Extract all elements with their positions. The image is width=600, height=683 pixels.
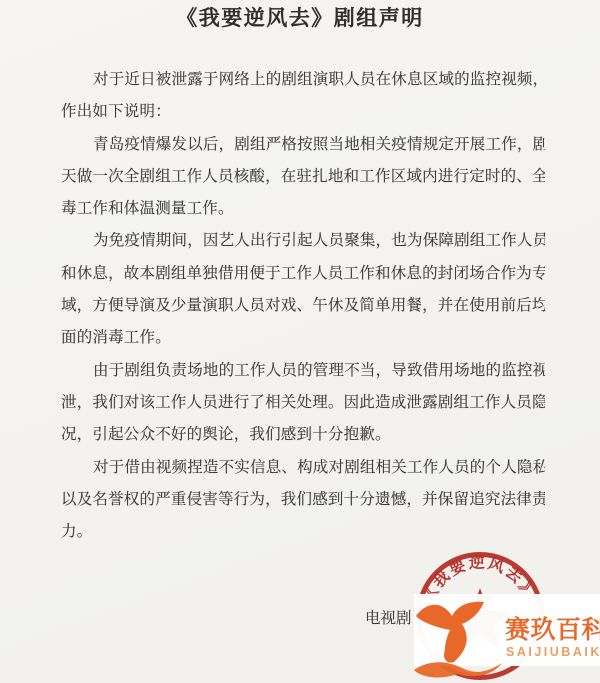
page-title: 《我要逆风去》剧组声明 bbox=[0, 2, 600, 32]
text-line: 对于近日被泄露于网络上的剧组演职人员在休息区域的监控视频，本剧组 bbox=[61, 64, 545, 96]
document-body: 对于近日被泄露于网络上的剧组演职人员在休息区域的监控视频，本剧组作出如下说明：青… bbox=[61, 64, 545, 548]
text-line: 泄，我们对该工作人员进行了相关处理。因此造成泄露剧组工作人员隐私的情 bbox=[61, 387, 545, 419]
text-line: 为免疫情期间，因艺人出行引起人员聚集，也为保障剧组工作人员的工作 bbox=[61, 225, 545, 257]
text-line: 由于剧组负责场地的工作人员的管理不当，导致借用场地的监控视频外 bbox=[61, 355, 545, 387]
paragraph: 由于剧组负责场地的工作人员的管理不当，导致借用场地的监控视频外泄，我们对该工作人… bbox=[61, 355, 545, 452]
text-line: 天做一次全剧组工作人员核酸，在驻扎地和工作区域内进行定时的、全面的消 bbox=[61, 161, 545, 193]
signature-prefix: 电视剧 bbox=[365, 606, 412, 628]
text-line: 以及名誉权的严重侵害等行为，我们感到十分遗憾，并保留追究法律责任的权 bbox=[61, 484, 545, 516]
paragraph: 对于近日被泄露于网络上的剧组演职人员在休息区域的监控视频，本剧组作出如下说明： bbox=[61, 64, 545, 129]
text-line: 对于借由视频捏造不实信息、构成对剧组相关工作人员的个人隐私的泄露 bbox=[61, 452, 545, 484]
scanned-statement-page: 《我要逆风去》剧组声明 对于近日被泄露于网络上的剧组演职人员在休息区域的监控视频… bbox=[0, 0, 600, 683]
text-line: 面的消毒工作。 bbox=[61, 322, 545, 354]
text-line: 域，方便导演及少量演职人员对戏、午休及简单用餐，并在使用前后均进行全 bbox=[61, 290, 545, 322]
paragraph: 青岛疫情爆发以后，剧组严格按照当地相关疫情规定开展工作，剧组每三天做一次全剧组工… bbox=[61, 129, 545, 226]
paragraph: 为免疫情期间，因艺人出行引起人员聚集，也为保障剧组工作人员的工作和休息，故本剧组… bbox=[61, 225, 545, 354]
whale-tail-icon bbox=[412, 598, 508, 680]
text-line: 力。 bbox=[61, 516, 545, 548]
watermark-name-en: SAIJIUBAIKE bbox=[506, 645, 600, 659]
text-line: 和休息，故本剧组单独借用便于工作人员工作和休息的封闭场合作为专用区 bbox=[61, 258, 545, 290]
watermark-name-cn: 赛玖百科 bbox=[505, 610, 600, 646]
paragraph: 对于借由视频捏造不实信息、构成对剧组相关工作人员的个人隐私的泄露以及名誉权的严重… bbox=[61, 452, 545, 549]
text-line: 毒工作和体温测量工作。 bbox=[61, 193, 545, 225]
text-line: 青岛疫情爆发以后，剧组严格按照当地相关疫情规定开展工作，剧组每三 bbox=[61, 129, 545, 161]
text-line: 作出如下说明： bbox=[61, 96, 545, 128]
text-line: 况，引起公众不好的舆论，我们感到十分抱歉。 bbox=[61, 419, 545, 451]
